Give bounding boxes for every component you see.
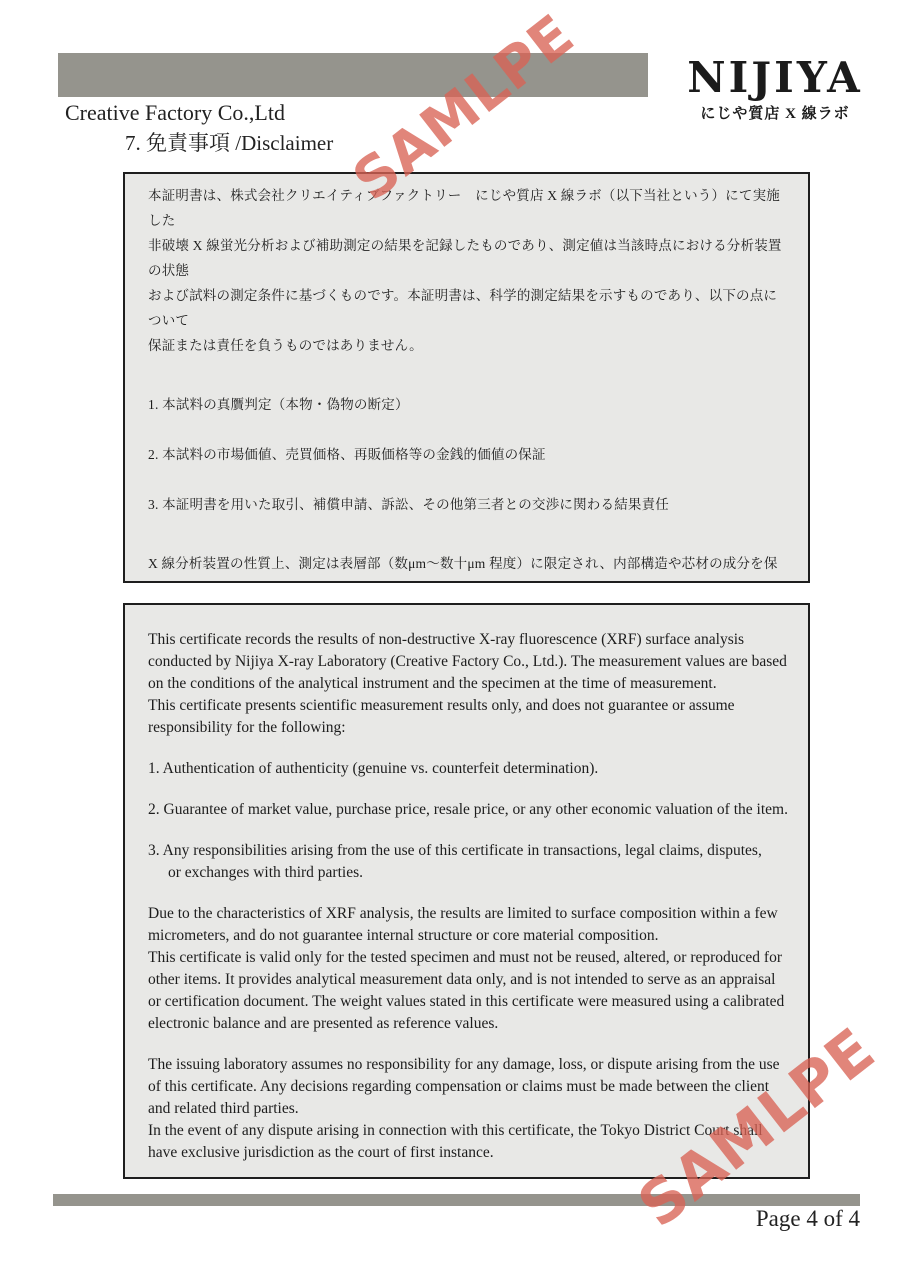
brand-subtitle: にじや質店 X 線ラボ [655,102,895,123]
brand-logo: NIJIYA [655,56,895,100]
en-list-item-2: 2. Guarantee of market value, purchase p… [148,799,788,821]
document-page: NIJIYA にじや質店 X 線ラボ Creative Factory Co.,… [0,0,905,1280]
jp-paragraph-1: 本証明書は、株式会社クリエイティブファクトリー にじや質店 X 線ラボ（以下当社… [148,183,788,358]
footer-bar [53,1194,860,1206]
jp-disclaimer-box: 本証明書は、株式会社クリエイティブファクトリー にじや質店 X 線ラボ（以下当社… [123,172,810,583]
jp-list-item-2: 2. 本試料の市場価値、売買価格、再販価格等の金銭的価値の保証 [148,442,788,467]
en-list-item-3: 3. Any responsibilities arising from the… [148,840,788,884]
brand-block: NIJIYA にじや質店 X 線ラボ [655,56,895,123]
en-list-item-1: 1. Authentication of authenticity (genui… [148,758,788,780]
en-paragraph-1: This certificate records the results of … [148,629,788,739]
page-number: Page 4 of 4 [560,1206,860,1232]
jp-list-item-3: 3. 本証明書を用いた取引、補償申請、訴訟、その他第三者との交渉に関わる結果責任 [148,492,788,517]
en-paragraph-2: Due to the characteristics of XRF analys… [148,903,788,1035]
header-bar [58,53,648,97]
en-disclaimer-box: This certificate records the results of … [123,603,810,1179]
en-paragraph-3: The issuing laboratory assumes no respon… [148,1054,788,1164]
company-name: Creative Factory Co.,Ltd [65,100,285,126]
jp-list-item-1: 1. 本試料の真贋判定（本物・偽物の断定） [148,392,788,417]
page-title: 7. 免責事項 /Disclaimer [125,130,333,156]
jp-paragraph-2: X 線分析装置の性質上、測定は表層部（数μm～数十μm 程度）に限定され、内部構… [148,551,788,583]
jp-list: 1. 本試料の真贋判定（本物・偽物の断定） 2. 本試料の市場価値、売買価格、再… [148,367,788,542]
